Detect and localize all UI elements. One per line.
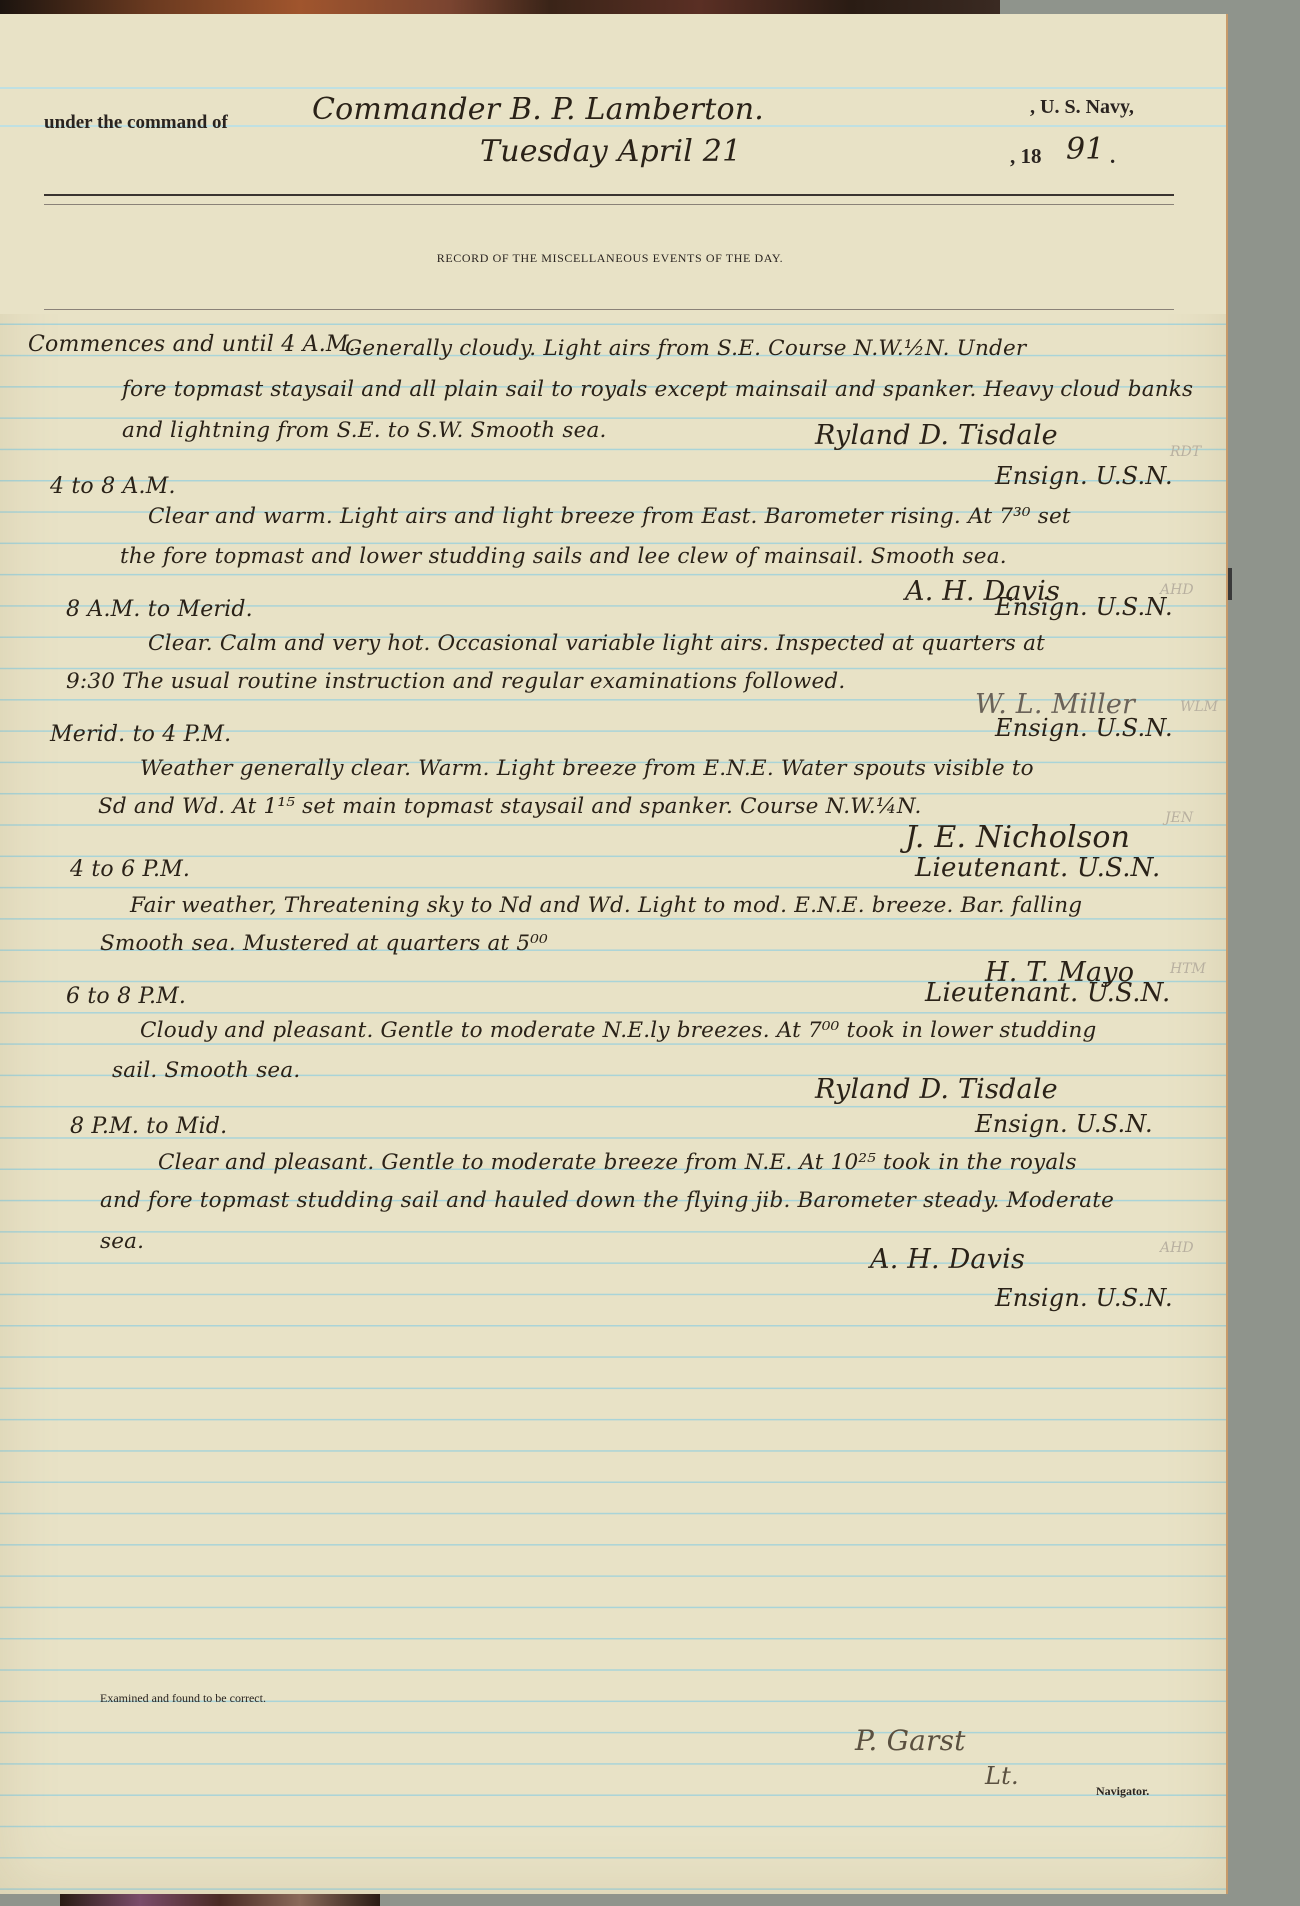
watch-label: 8 P.M. to Mid.	[70, 1114, 227, 1139]
navigator-rank-handwritten: Lt.	[985, 1762, 1019, 1790]
watch-remarks-cont: sail. Smooth sea.	[112, 1050, 300, 1091]
pencil-initials: HTM	[1170, 961, 1206, 977]
remark-line: Sd and Wd. At 1¹⁵ set main topmast stays…	[98, 786, 922, 827]
service-label: , U. S. Navy,	[1030, 96, 1134, 119]
remark-line: Generally cloudy. Light airs from S.E. C…	[345, 328, 1026, 369]
officer-rank: Ensign. U.S.N.	[995, 462, 1173, 490]
pencil-initials: AHD	[1160, 1240, 1194, 1256]
year-prefix: , 18	[1010, 144, 1042, 169]
header-divider	[44, 194, 1174, 205]
ledger-cover-bottom	[60, 1892, 380, 1906]
pencil-initials: JEN	[1165, 810, 1193, 826]
watch-label: 8 A.M. to Merid.	[66, 597, 253, 622]
officer-rank-prev: Ensign. U.S.N.	[995, 714, 1173, 742]
watch-remarks: Weather generally clear. Warm. Light bre…	[140, 748, 1034, 789]
officer-signature: A. H. Davis	[870, 1244, 1025, 1275]
watch-remarks-cont: Sd and Wd. At 1¹⁵ set main topmast stays…	[98, 786, 922, 827]
remark-line: Clear and warm. Light airs and light bre…	[148, 496, 1071, 537]
remark-line: Fair weather, Threatening sky to Nd and …	[130, 885, 1082, 926]
remark-line: fore topmast staysail and all plain sail…	[122, 369, 1193, 410]
watch-remarks: Clear. Calm and very hot. Occasional var…	[148, 623, 1045, 664]
officer-rank-prev: Ensign. U.S.N.	[975, 1110, 1153, 1138]
watch-remarks-cont: the fore topmast and lower studding sail…	[120, 536, 1007, 577]
section-divider	[44, 309, 1174, 310]
watch-label: 4 to 6 P.M.	[70, 857, 190, 882]
remark-line: 9:30 The usual routine instruction and r…	[66, 661, 845, 702]
officer-signature: Ryland D. Tisdale	[815, 420, 1058, 451]
logbook-page: under the command of Commander B. P. Lam…	[0, 14, 1228, 1894]
watch-remarks: Generally cloudy. Light airs from S.E. C…	[345, 328, 1026, 369]
remark-line: the fore topmast and lower studding sail…	[120, 536, 1007, 577]
watch-label: Commences and until 4 A.M.	[28, 332, 356, 357]
watch-remarks: Cloudy and pleasant. Gentle to moderate …	[140, 1010, 1096, 1051]
officer-rank-prev: Lieutenant. U.S.N.	[925, 978, 1170, 1008]
remark-line: and fore topmast studding sail and haule…	[100, 1180, 1114, 1221]
year-end: .	[1110, 144, 1115, 169]
remark-line: Smooth sea. Mustered at quarters at 5⁰⁰	[100, 923, 548, 964]
officer-signature: J. E. Nicholson	[905, 820, 1130, 855]
watch-remarks: Clear and pleasant. Gentle to moderate b…	[158, 1142, 1077, 1183]
watch-remarks-cont: Smooth sea. Mustered at quarters at 5⁰⁰	[100, 923, 548, 964]
officer-rank: Ensign. U.S.N.	[995, 1284, 1173, 1312]
officer-rank-prev: Lieutenant. U.S.N.	[915, 853, 1160, 883]
pencil-initials: RDT	[1170, 444, 1201, 460]
watch-label: Merid. to 4 P.M.	[50, 722, 231, 747]
record-title: RECORD OF THE MISCELLANEOUS EVENTS OF TH…	[0, 251, 1220, 266]
officer-signature: Ryland D. Tisdale	[815, 1074, 1058, 1105]
watch-remarks-cont: 9:30 The usual routine instruction and r…	[66, 661, 845, 702]
remark-line: sail. Smooth sea.	[112, 1050, 300, 1091]
page-tab-marker	[1228, 568, 1232, 600]
watch-label: 6 to 8 P.M.	[66, 984, 186, 1009]
navigator-label: Navigator.	[1096, 1784, 1149, 1799]
pencil-initials: WLM	[1180, 699, 1218, 715]
remark-line: Clear and pleasant. Gentle to moderate b…	[158, 1142, 1077, 1183]
command-label: under the command of	[44, 112, 228, 134]
remark-line: Cloudy and pleasant. Gentle to moderate …	[140, 1010, 1096, 1051]
watch-remarks: Clear and warm. Light airs and light bre…	[148, 496, 1071, 537]
commander-name: Commander B. P. Lamberton.	[312, 92, 764, 127]
year-suffix: 91	[1066, 132, 1105, 167]
navigator-signature: P. Garst	[855, 1724, 966, 1757]
officer-rank-prev: Ensign. U.S.N.	[995, 593, 1173, 621]
watch-remarks: Fair weather, Threatening sky to Nd and …	[130, 885, 1082, 926]
remark-line: Clear. Calm and very hot. Occasional var…	[148, 623, 1045, 664]
examined-statement: Examined and found to be correct.	[100, 1691, 266, 1706]
remark-line: Weather generally clear. Warm. Light bre…	[140, 748, 1034, 789]
log-date: Tuesday April 21	[480, 134, 741, 169]
